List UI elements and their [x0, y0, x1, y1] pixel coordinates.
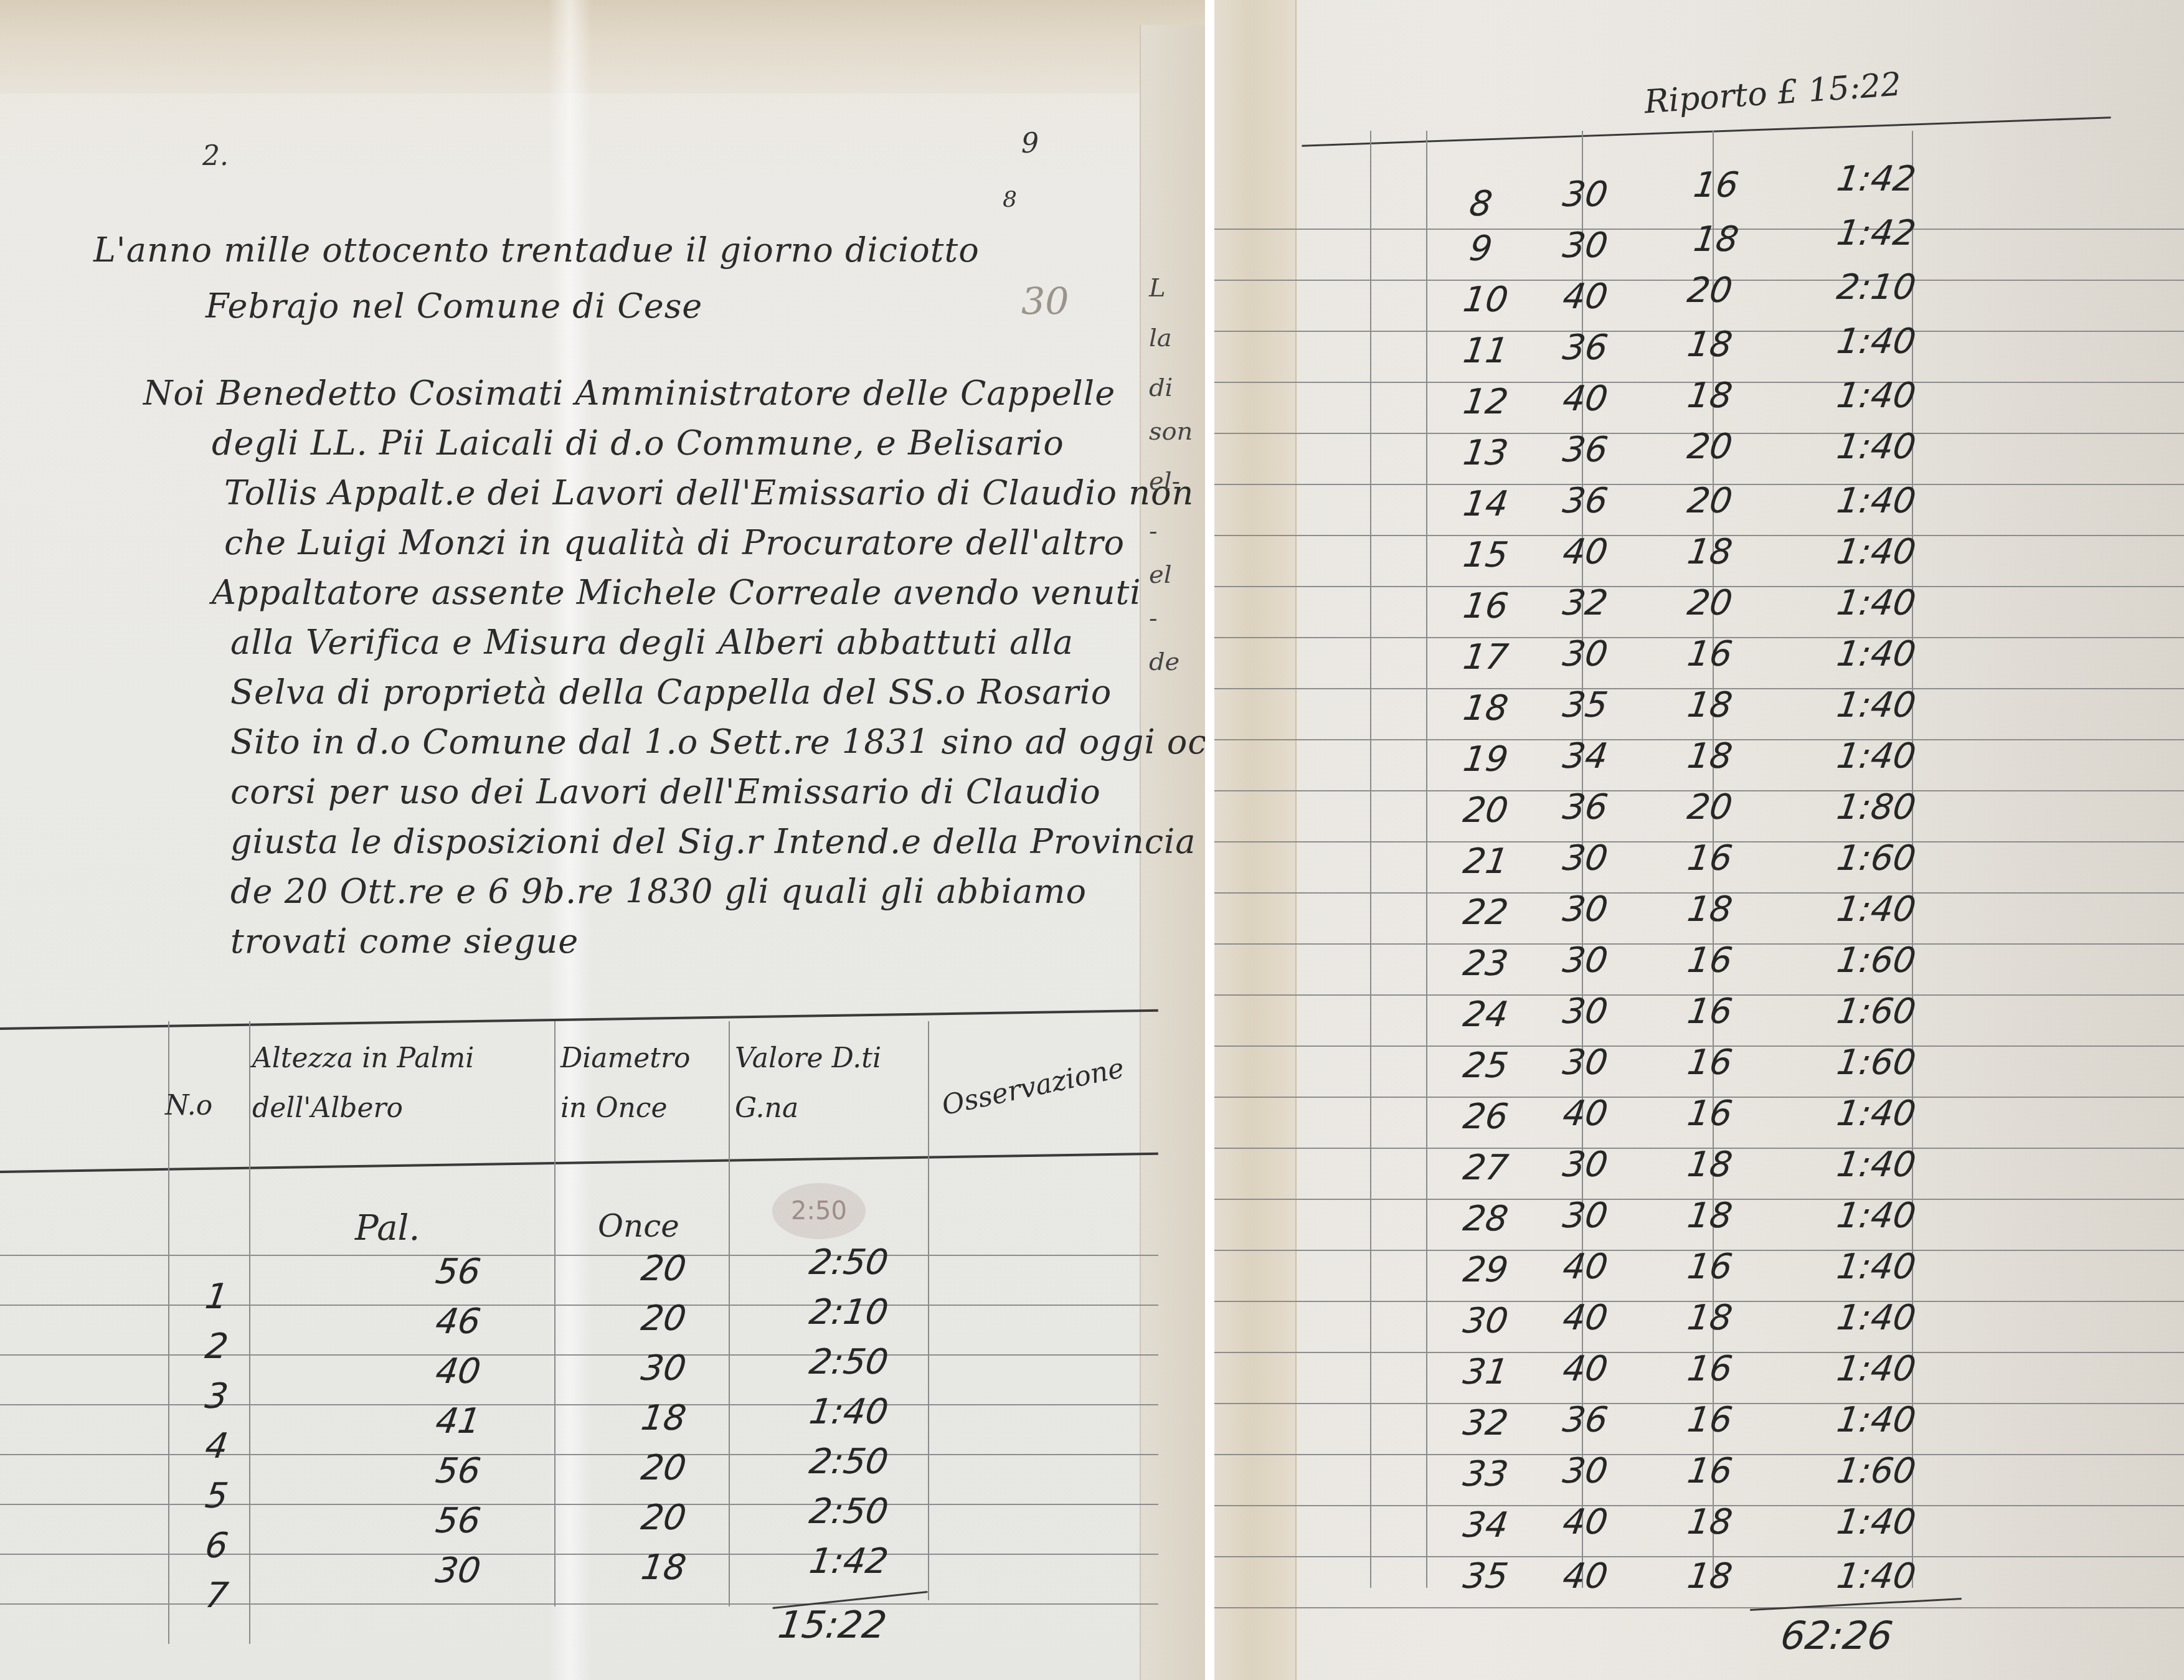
- diameter-once: 18: [1685, 375, 1734, 416]
- diameter-once: 18: [1685, 736, 1734, 776]
- table-row: 19 34 18 1:40: [1214, 739, 2184, 791]
- value: 1:40: [1834, 321, 1918, 362]
- height-palmi: 30: [1560, 1451, 1610, 1491]
- height-palmi: 36: [1560, 430, 1610, 470]
- margin-fragment: -: [1149, 604, 1158, 633]
- diameter-once: 16: [1685, 838, 1734, 879]
- table-row: 29 40 16 1:40: [1214, 1250, 2184, 1302]
- height-palmi: 40: [1560, 1247, 1610, 1287]
- header-value: Valore D.ti G.na: [735, 1034, 922, 1133]
- page-number-right: 9: [1021, 128, 1039, 159]
- row-number: 28: [1460, 1199, 1510, 1239]
- row-number: 25: [1460, 1045, 1510, 1086]
- height-palmi: 30: [1560, 1042, 1610, 1083]
- row-number: 31: [1460, 1352, 1510, 1392]
- value: 2:50: [806, 1342, 891, 1382]
- prose-line: Febrajo nel Comune di Cese: [206, 286, 702, 326]
- value: 1:40: [806, 1392, 891, 1432]
- table-row: 24 30 16 1:60: [1214, 994, 2184, 1047]
- right-manuscript-page: Riporto £ 15:22 8 30 16 1:42 9 30 18 1:4…: [1214, 0, 2184, 1680]
- paper-top-edge: [0, 0, 1205, 93]
- margin-fragment: L: [1149, 274, 1166, 303]
- diameter-once: 20: [1685, 583, 1734, 623]
- page-number-left: 2.: [202, 140, 229, 172]
- row-rule: [0, 1504, 1158, 1505]
- row-number: 15: [1460, 535, 1510, 575]
- row-rule: [0, 1305, 1158, 1306]
- prose-line: trovati come siegue: [230, 922, 579, 961]
- table-row: 25 30 16 1:60: [1214, 1045, 2184, 1098]
- height-palmi: 30: [1560, 940, 1610, 981]
- table-row: 32 36 16 1:40: [1214, 1403, 2184, 1455]
- header-notes: Osservazione: [939, 1052, 1127, 1122]
- left-manuscript-page: 2. 9 8 30 L'anno mille ottocento trentad…: [0, 0, 1205, 1680]
- table-row: 22 30 18 1:40: [1214, 892, 2184, 945]
- row-number: 26: [1460, 1097, 1510, 1137]
- row-number: 30: [1460, 1301, 1510, 1341]
- prose-line: corsi per uso dei Lavori dell'Emissario …: [230, 772, 1101, 811]
- table-row: 16 32 20 1:40: [1214, 586, 2184, 638]
- prose-line: Noi Benedetto Cosimati Amministratore de…: [143, 374, 1115, 413]
- table-row: 15 40 18 1:40: [1214, 535, 2184, 587]
- row-number: 3: [202, 1376, 230, 1417]
- row-rule: [0, 1603, 1158, 1605]
- diameter-once: 30: [638, 1348, 688, 1389]
- row-number: 24: [1460, 994, 1510, 1035]
- diameter-once: 18: [1685, 1556, 1734, 1597]
- height-palmi: 30: [1560, 174, 1610, 215]
- height-palmi: 40: [1560, 379, 1610, 419]
- value: 1:40: [1834, 1144, 1918, 1185]
- prose-line: che Luigi Monzi in qualità di Procurator…: [224, 523, 1125, 562]
- prose-line: giusta le disposizioni del Sig.r Intend.…: [230, 822, 1196, 861]
- diameter-once: 16: [1685, 1093, 1734, 1134]
- prose-line: Appaltatore assente Michele Correale ave…: [212, 573, 1141, 612]
- prose-line: Sito in d.o Comune dal 1.o Sett.re 1831 …: [230, 722, 1205, 762]
- diameter-once: 18: [1685, 1144, 1734, 1185]
- value: 1:60: [1834, 940, 1918, 981]
- value: 2:10: [1834, 267, 1918, 308]
- margin-fragment: di: [1149, 374, 1173, 402]
- value: 1:60: [1834, 991, 1918, 1032]
- height-palmi: 36: [1560, 481, 1610, 521]
- page-total: 62:26: [1778, 1613, 1896, 1658]
- height-palmi: 40: [1560, 1502, 1610, 1542]
- value: 1:40: [1834, 1400, 1918, 1440]
- diameter-once: 18: [1685, 324, 1734, 365]
- row-number: 11: [1460, 331, 1510, 371]
- height-palmi: 56: [433, 1501, 483, 1541]
- value: 1:40: [1834, 1556, 1918, 1597]
- row-number: 35: [1460, 1556, 1510, 1597]
- value: 1:40: [1834, 1247, 1918, 1287]
- prose-line: Selva di proprietà della Cappella del SS…: [230, 672, 1112, 712]
- table-row: 34 40 18 1:40: [1214, 1505, 2184, 1557]
- diameter-once: 20: [1685, 427, 1734, 467]
- value: 1:40: [1834, 427, 1918, 467]
- value: 1:40: [1834, 1196, 1918, 1236]
- value: 1:60: [1834, 838, 1918, 879]
- row-number: 21: [1460, 841, 1510, 882]
- height-palmi: 30: [1560, 838, 1610, 879]
- row-number: 20: [1460, 790, 1510, 831]
- table-row: 18 35 18 1:40: [1214, 688, 2184, 740]
- table-row: 27 30 18 1:40: [1214, 1148, 2184, 1200]
- diameter-once: 20: [638, 1298, 688, 1339]
- table-row: 23 30 16 1:60: [1214, 943, 2184, 996]
- prose-line: de 20 Ott.re e 6 9b.re 1830 gli quali gl…: [230, 872, 1087, 911]
- table-row: 33 30 16 1:60: [1214, 1454, 2184, 1506]
- value: 1:40: [1834, 375, 1918, 416]
- diameter-once: 18: [1685, 1502, 1734, 1542]
- height-palmi: 40: [433, 1351, 483, 1392]
- row-number: 27: [1460, 1148, 1510, 1188]
- row-number: 5: [202, 1476, 230, 1516]
- diameter-once: 20: [1685, 481, 1734, 521]
- pencil-annotation: 30: [1021, 280, 1069, 324]
- height-palmi: 30: [1560, 1196, 1610, 1236]
- value: 1:40: [1834, 583, 1918, 623]
- row-number: 7: [202, 1575, 230, 1616]
- height-palmi: 40: [1560, 532, 1610, 572]
- value: 1:60: [1834, 1451, 1918, 1491]
- table-row: 20 36 20 1:80: [1214, 790, 2184, 842]
- diameter-once: 16: [1685, 1451, 1734, 1491]
- height-palmi: 30: [433, 1550, 483, 1591]
- diameter-once: 18: [1691, 219, 1741, 260]
- value: 2:50: [806, 1491, 891, 1532]
- height-palmi: 40: [1560, 1298, 1610, 1338]
- height-palmi: 30: [1560, 889, 1610, 930]
- table-row: 13 36 20 1:40: [1214, 433, 2184, 485]
- diameter-once: 20: [638, 1248, 688, 1289]
- header-height: Altezza in Palmi dell'Albero: [252, 1034, 545, 1133]
- height-palmi: 34: [1560, 736, 1610, 776]
- diameter-once: 18: [638, 1547, 688, 1588]
- height-palmi: 35: [1560, 685, 1610, 725]
- height-palmi: 40: [1560, 1556, 1610, 1597]
- ink-stamp: 2:50: [772, 1183, 866, 1239]
- row-number: 32: [1460, 1403, 1510, 1443]
- diameter-once: 20: [1685, 270, 1734, 311]
- height-palmi: 32: [1560, 583, 1610, 623]
- row-number: 19: [1460, 739, 1510, 780]
- row-rule: [0, 1354, 1158, 1356]
- height-palmi: 40: [1560, 276, 1610, 317]
- page-number-sub: 8: [1003, 187, 1017, 212]
- row-rule: [0, 1404, 1158, 1405]
- value: 1:40: [1834, 1349, 1918, 1389]
- column-divider: [554, 1021, 555, 1607]
- value: 2:50: [806, 1442, 891, 1482]
- diameter-once: 16: [1685, 634, 1734, 674]
- row-number: 16: [1460, 586, 1510, 626]
- table-row: 30 40 18 1:40: [1214, 1301, 2184, 1353]
- row-number: 12: [1460, 382, 1510, 422]
- height-palmi: 41: [433, 1401, 483, 1442]
- value: 1:40: [1834, 1093, 1918, 1134]
- prose-line: L'anno mille ottocento trentadue il gior…: [93, 230, 980, 270]
- margin-fragment: la: [1149, 324, 1172, 352]
- diameter-once: 20: [638, 1448, 688, 1488]
- margin-fragment: el-: [1149, 467, 1180, 496]
- row-rule: [0, 1255, 1158, 1256]
- value: 1:40: [1834, 685, 1918, 725]
- row-number: 4: [202, 1426, 230, 1466]
- margin-fragment: -: [1149, 517, 1158, 545]
- row-number: 29: [1460, 1250, 1510, 1290]
- height-palmi: 36: [1560, 787, 1610, 828]
- row-number: 10: [1460, 280, 1510, 320]
- diameter-once: 16: [1685, 1400, 1734, 1440]
- value: 1:40: [1834, 634, 1918, 674]
- row-number: 6: [202, 1526, 230, 1566]
- row-number: 33: [1460, 1454, 1510, 1494]
- row-number: 22: [1460, 892, 1510, 933]
- value: 1:42: [1834, 213, 1918, 253]
- table-row: 26 40 16 1:40: [1214, 1097, 2184, 1149]
- diameter-once: 18: [638, 1398, 688, 1438]
- row-number: 34: [1460, 1505, 1510, 1546]
- prose-line: Tollis Appalt.e dei Lavori dell'Emissari…: [224, 473, 1194, 512]
- table-row: 28 30 18 1:40: [1214, 1199, 2184, 1251]
- row-number: 17: [1460, 637, 1510, 677]
- value: 1:42: [1834, 159, 1918, 199]
- diameter-once: 18: [1685, 1298, 1734, 1338]
- column-divider: [249, 1021, 250, 1644]
- height-palmi: 30: [1560, 991, 1610, 1032]
- value: 1:40: [1834, 1298, 1918, 1338]
- row-number: 2: [202, 1326, 230, 1367]
- diameter-once: 18: [1685, 1196, 1734, 1236]
- table-row: 35 40 18 1:40: [1214, 1556, 2184, 1608]
- diameter-once: 18: [1685, 889, 1734, 930]
- height-palmi: 36: [1560, 1400, 1610, 1440]
- table-row: 14 36 20 1:40: [1214, 484, 2184, 536]
- height-palmi: 40: [1560, 1349, 1610, 1389]
- height-palmi: 56: [433, 1451, 483, 1491]
- diameter-once: 16: [1685, 1247, 1734, 1287]
- height-palmi: 30: [1560, 225, 1610, 266]
- margin-fragment: el: [1149, 560, 1171, 589]
- row-number: 18: [1460, 688, 1510, 729]
- table-row: 21 30 16 1:60: [1214, 841, 2184, 894]
- page-total: 15:22: [775, 1603, 889, 1647]
- prose-line: degli LL. Pii Laicali di d.o Commune, e …: [212, 423, 1064, 463]
- value: 1:40: [1834, 532, 1918, 572]
- column-divider: [928, 1021, 929, 1600]
- row-number: 13: [1460, 433, 1510, 473]
- row-number: 14: [1460, 484, 1510, 524]
- row-number: 9: [1467, 229, 1495, 269]
- value: 1:80: [1834, 787, 1918, 828]
- value: 1:40: [1834, 736, 1918, 776]
- value: 2:50: [806, 1242, 891, 1283]
- row-number: 1: [202, 1277, 230, 1317]
- header-diameter: Diametro in Once: [560, 1034, 722, 1133]
- table-row: 31 40 16 1:40: [1214, 1352, 2184, 1404]
- value: 1:60: [1834, 1042, 1918, 1083]
- prose-line: alla Verifica e Misura degli Alberi abba…: [230, 623, 1074, 662]
- row-number: 8: [1467, 184, 1495, 224]
- value: 1:40: [1834, 1502, 1918, 1542]
- table-row: 17 30 16 1:40: [1214, 637, 2184, 689]
- header-number: N.o: [165, 1090, 212, 1121]
- row-number: 23: [1460, 943, 1510, 984]
- diameter-once: 16: [1685, 1042, 1734, 1083]
- unit-once: Once: [598, 1208, 679, 1244]
- row-rule: [0, 1554, 1158, 1555]
- height-palmi: 46: [433, 1301, 483, 1342]
- diameter-once: 16: [1685, 991, 1734, 1032]
- height-palmi: 36: [1560, 328, 1610, 368]
- diameter-once: 16: [1685, 1349, 1734, 1389]
- diameter-once: 20: [1685, 787, 1734, 828]
- value: 1:40: [1834, 481, 1918, 521]
- height-palmi: 56: [433, 1252, 483, 1292]
- margin-fragment: son: [1149, 417, 1193, 446]
- diameter-once: 18: [1685, 685, 1734, 725]
- unit-palmi: Pal.: [355, 1208, 420, 1248]
- height-palmi: 30: [1560, 1144, 1610, 1185]
- height-palmi: 30: [1560, 634, 1610, 674]
- row-rule: [0, 1454, 1158, 1455]
- diameter-once: 20: [638, 1498, 688, 1538]
- height-palmi: 40: [1560, 1093, 1610, 1134]
- diameter-once: 16: [1685, 940, 1734, 981]
- value: 1:40: [1834, 889, 1918, 930]
- value: 2:10: [806, 1292, 891, 1333]
- column-divider: [729, 1021, 730, 1607]
- margin-fragment: de: [1149, 648, 1179, 676]
- value: 1:42: [806, 1541, 891, 1582]
- diameter-once: 18: [1685, 532, 1734, 572]
- diameter-once: 16: [1691, 165, 1741, 205]
